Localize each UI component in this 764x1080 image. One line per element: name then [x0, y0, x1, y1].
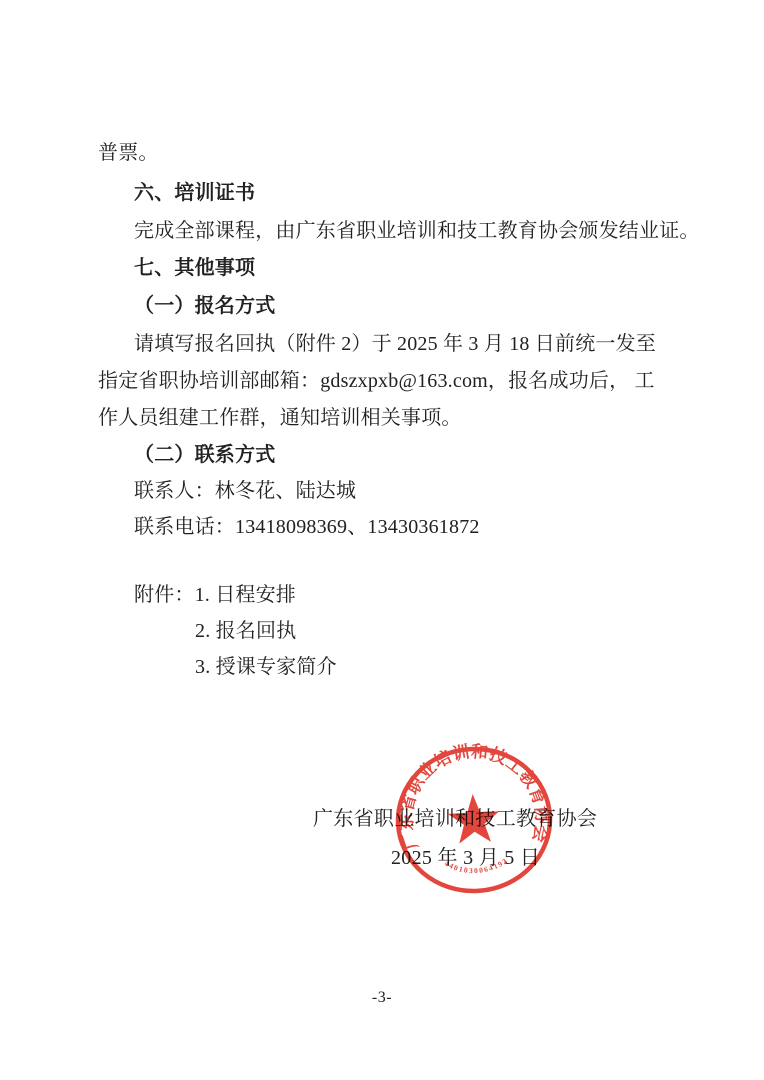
signup-paragraph-line-2: 指定省职协培训部邮箱：gdszxpxb@163.com，报名成功后， 工	[98, 370, 655, 393]
document-page: 普票。 六、培训证书 完成全部课程，由广东省职业培训和技工教育协会颁发结业证。 …	[0, 0, 764, 1080]
official-seal-stamp: 广东省职业培训和技工教育协会 4401030064192	[385, 737, 563, 904]
signup-paragraph-line-3: 作人员组建工作群，通知培训相关事项。	[98, 407, 462, 430]
seal-star-icon	[447, 793, 501, 844]
contact-phone-line: 联系电话：13418098369、13430361872	[134, 516, 480, 539]
section6-body: 完成全部课程，由广东省职业培训和技工教育协会颁发结业证。	[134, 220, 700, 243]
page-number: -3-	[0, 986, 764, 1009]
signup-paragraph-line-1: 请填写报名回执（附件 2）于 2025 年 3 月 18 日前统一发至	[134, 333, 656, 356]
section6-heading: 六、培训证书	[134, 182, 255, 205]
attachments-line: 附件：1. 日程安排	[134, 584, 296, 607]
attachments-label: 附件：	[134, 584, 195, 606]
attachment-item-2: 2. 报名回执	[195, 620, 296, 643]
attachment-item-3: 3. 授课专家简介	[195, 656, 337, 679]
section7-heading: 七、其他事项	[134, 257, 255, 280]
contact-person-line: 联系人：林冬花、陆达城	[134, 480, 356, 503]
seal-serial-number: 4401030064192	[443, 855, 511, 876]
attachment-item-1: 1. 日程安排	[195, 584, 296, 606]
paragraph-continuation: 普票。	[98, 142, 159, 165]
subsection1-heading: （一）报名方式	[134, 295, 275, 318]
subsection2-heading: （二）联系方式	[134, 444, 275, 467]
